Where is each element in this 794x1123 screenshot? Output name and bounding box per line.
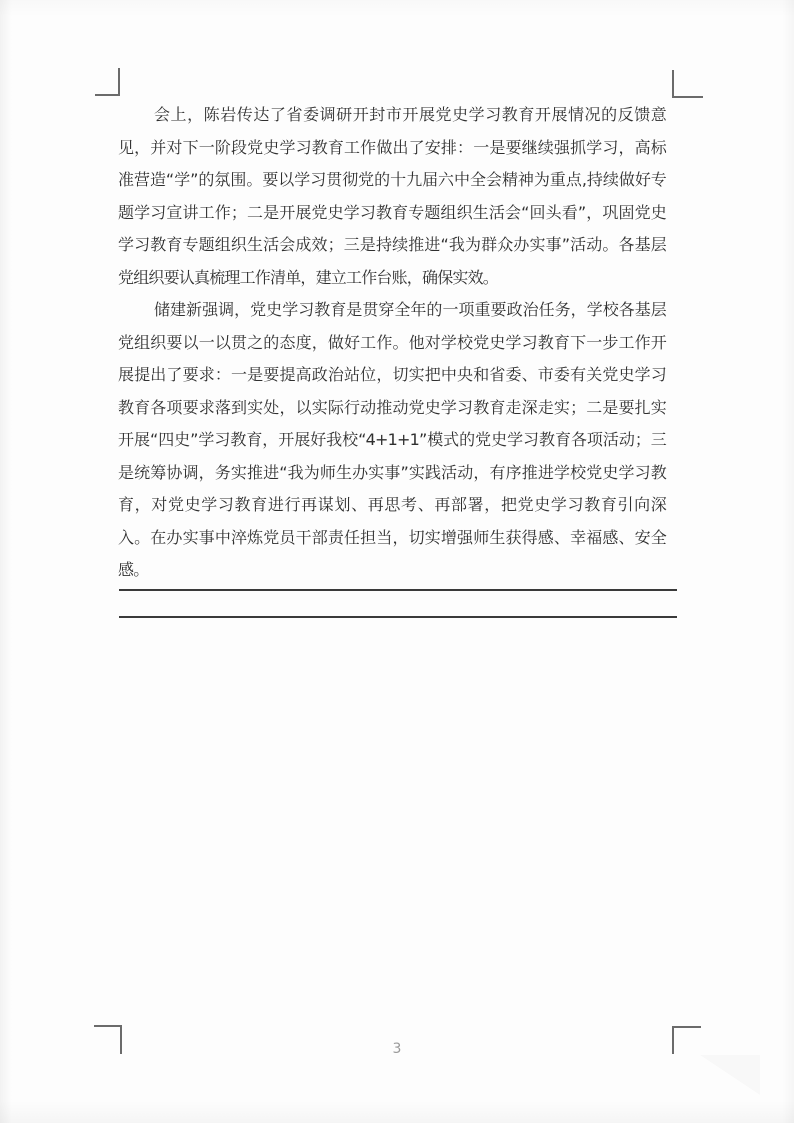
text-line: 学习教育专题组织生活会成效；三是持续推进“我为群众办实事”活动。各基层 [118, 229, 666, 262]
text-line: 开展“四史”学习教育，开展好我校“4+1+1”模式的党史学习教育各项活动；三 [118, 424, 666, 457]
separator-line-2 [119, 616, 677, 618]
document-page: 会上，陈岩传达了省委调研开封市开展党史学习教育开展情况的反馈意 见，并对下一阶段… [0, 0, 794, 1123]
text-line: 准营造“学”的氛围。要以学习贯彻党的十九届六中全会精神为重点,持续做好专 [118, 164, 666, 197]
page-number: 3 [0, 1041, 794, 1057]
text-line: 党组织要以一以贯之的态度，做好工作。他对学校党史学习教育下一步工作开 [118, 327, 666, 360]
text-line: 见，并对下一阶段党史学习教育工作做出了安排：一是要继续强抓学习，高标 [118, 132, 666, 165]
text-line: 感。 [118, 554, 666, 587]
document-body: 会上，陈岩传达了省委调研开封市开展党史学习教育开展情况的反馈意 见，并对下一阶段… [118, 99, 666, 587]
text-line: 是统筹协调，务实推进“我为师生办实事”实践活动，有序推进学校党史学习教 [118, 457, 666, 490]
text-line: 党组织要认真梳理工作清单，建立工作台账，确保实效。 [118, 262, 666, 295]
text-line: 育，对党史学习教育进行再谋划、再思考、再部署，把党史学习教育引向深 [118, 489, 666, 522]
text-line: 入。在办实事中淬炼党员干部责任担当，切实增强师生获得感、幸福感、安全 [118, 522, 666, 555]
text-line: 会上，陈岩传达了省委调研开封市开展党史学习教育开展情况的反馈意 [118, 99, 666, 132]
paragraph-1: 会上，陈岩传达了省委调研开封市开展党史学习教育开展情况的反馈意 见，并对下一阶段… [118, 99, 666, 294]
paragraph-2: 储建新强调，党史学习教育是贯穿全年的一项重要政治任务，学校各基层 党组织要以一以… [118, 294, 666, 587]
text-line: 储建新强调，党史学习教育是贯穿全年的一项重要政治任务，学校各基层 [118, 294, 666, 327]
crop-mark-top-left [95, 68, 120, 96]
photo-artifact [700, 1055, 760, 1095]
separator-line-1 [119, 589, 677, 591]
text-line: 教育各项要求落到实处，以实际行动推动党史学习教育走深走实；二是要扎实 [118, 392, 666, 425]
text-line: 题学习宣讲工作；二是开展党史学习教育专题组织生活会“回头看”，巩固党史 [118, 197, 666, 230]
crop-mark-top-right [672, 70, 703, 98]
text-line: 展提出了要求：一是要提高政治站位，切实把中央和省委、市委有关党史学习 [118, 359, 666, 392]
